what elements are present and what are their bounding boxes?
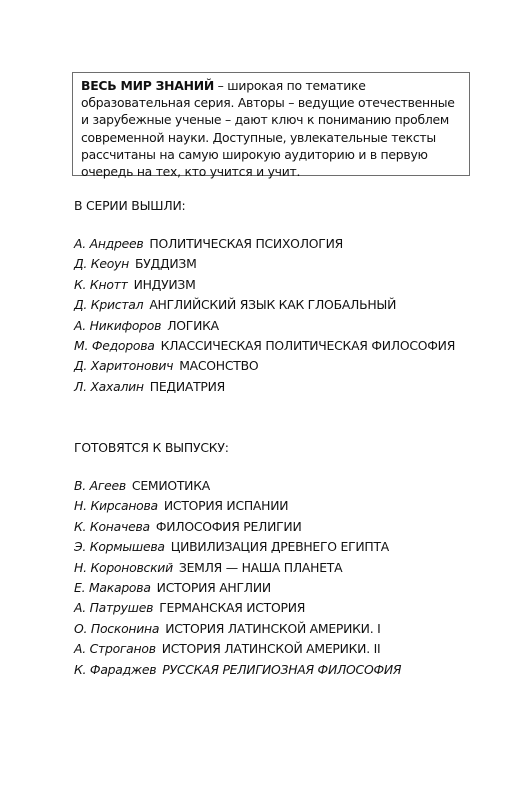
series-name: ВЕСЬ МИР ЗНАНИЙ	[81, 78, 214, 93]
book-entry: Д. КеоунБУДДИЗМ	[74, 255, 455, 275]
book-entry: Д. ХаритоновичМАСОНСТВО	[74, 357, 455, 377]
book-title: ИНДУИЗМ	[134, 277, 196, 292]
book-title: ИСТОРИЯ ЛАТИНСКОЙ АМЕРИКИ. II	[162, 641, 381, 656]
book-entry: Л. ХахалинПЕДИАТРИЯ	[74, 378, 455, 398]
book-title: АНГЛИЙСКИЙ ЯЗЫК КАК ГЛОБАЛЬНЫЙ	[149, 297, 396, 312]
book-title: ПЕДИАТРИЯ	[150, 379, 225, 394]
book-title: ЛОГИКА	[167, 318, 219, 333]
published-books-list: А. АндреевПОЛИТИЧЕСКАЯ ПСИХОЛОГИЯД. Кеоу…	[74, 235, 455, 398]
series-description-box: ВЕСЬ МИР ЗНАНИЙ – широкая по тематике об…	[72, 72, 470, 176]
book-title: ИСТОРИЯ АНГЛИИ	[157, 580, 271, 595]
book-entry: А. СтрогановИСТОРИЯ ЛАТИНСКОЙ АМЕРИКИ. I…	[74, 640, 401, 660]
book-author: А. Андреев	[74, 236, 143, 251]
book-author: А. Строганов	[74, 641, 156, 656]
book-entry: А. АндреевПОЛИТИЧЕСКАЯ ПСИХОЛОГИЯ	[74, 235, 455, 255]
book-entry: Е. МакароваИСТОРИЯ АНГЛИИ	[74, 579, 401, 599]
series-description: – широкая по тематике образовательная се…	[81, 78, 455, 179]
book-title: ИСТОРИЯ ЛАТИНСКОЙ АМЕРИКИ. I	[165, 621, 380, 636]
book-author: М. Федорова	[74, 338, 155, 353]
book-title: ЗЕМЛЯ — НАША ПЛАНЕТА	[179, 560, 342, 575]
book-author: К. Коначева	[74, 519, 150, 534]
book-entry: К. КноттИНДУИЗМ	[74, 276, 455, 296]
book-title: ГЕРМАНСКАЯ ИСТОРИЯ	[159, 600, 305, 615]
book-entry: Н. КороновскийЗЕМЛЯ — НАША ПЛАНЕТА	[74, 559, 401, 579]
upcoming-books-list: В. АгеевСЕМИОТИКАН. КирсановаИСТОРИЯ ИСП…	[74, 477, 401, 681]
book-title: РУССКАЯ РЕЛИГИОЗНАЯ ФИЛОСОФИЯ	[162, 662, 401, 677]
book-entry: А. ПатрушевГЕРМАНСКАЯ ИСТОРИЯ	[74, 599, 401, 619]
book-author: Д. Кристал	[74, 297, 143, 312]
book-author: К. Кнотт	[74, 277, 128, 292]
book-title: СЕМИОТИКА	[132, 478, 210, 493]
book-entry: Д. КристалАНГЛИЙСКИЙ ЯЗЫК КАК ГЛОБАЛЬНЫЙ	[74, 296, 455, 316]
book-title: ПОЛИТИЧЕСКАЯ ПСИХОЛОГИЯ	[149, 236, 343, 251]
published-heading: В СЕРИИ ВЫШЛИ:	[74, 198, 186, 213]
book-entry: О. ПосконинаИСТОРИЯ ЛАТИНСКОЙ АМЕРИКИ. I	[74, 620, 401, 640]
book-author: А. Патрушев	[74, 600, 153, 615]
book-title: ИСТОРИЯ ИСПАНИИ	[164, 498, 288, 513]
upcoming-heading: ГОТОВЯТСЯ К ВЫПУСКУ:	[74, 440, 229, 455]
book-author: Д. Харитонович	[74, 358, 173, 373]
book-entry: В. АгеевСЕМИОТИКА	[74, 477, 401, 497]
book-author: А. Никифоров	[74, 318, 161, 333]
book-entry: Э. КормышеваЦИВИЛИЗАЦИЯ ДРЕВНЕГО ЕГИПТА	[74, 538, 401, 558]
book-author: Н. Короновский	[74, 560, 173, 575]
book-author: В. Агеев	[74, 478, 126, 493]
book-author: Е. Макарова	[74, 580, 151, 595]
book-entry: К. ФараджевРУССКАЯ РЕЛИГИОЗНАЯ ФИЛОСОФИЯ	[74, 661, 401, 681]
book-entry: М. ФедороваКЛАССИЧЕСКАЯ ПОЛИТИЧЕСКАЯ ФИЛ…	[74, 337, 455, 357]
book-entry: Н. КирсановаИСТОРИЯ ИСПАНИИ	[74, 497, 401, 517]
book-title: МАСОНСТВО	[179, 358, 258, 373]
book-author: Л. Хахалин	[74, 379, 144, 394]
book-author: Н. Кирсанова	[74, 498, 158, 513]
book-author: Э. Кормышева	[74, 539, 165, 554]
book-entry: А. НикифоровЛОГИКА	[74, 317, 455, 337]
book-title: ЦИВИЛИЗАЦИЯ ДРЕВНЕГО ЕГИПТА	[171, 539, 389, 554]
book-title: ФИЛОСОФИЯ РЕЛИГИИ	[156, 519, 302, 534]
book-author: Д. Кеоун	[74, 256, 129, 271]
book-author: О. Посконина	[74, 621, 159, 636]
book-title: КЛАССИЧЕСКАЯ ПОЛИТИЧЕСКАЯ ФИЛОСОФИЯ	[161, 338, 455, 353]
book-entry: К. КоначеваФИЛОСОФИЯ РЕЛИГИИ	[74, 518, 401, 538]
book-author: К. Фараджев	[74, 662, 156, 677]
book-title: БУДДИЗМ	[135, 256, 197, 271]
